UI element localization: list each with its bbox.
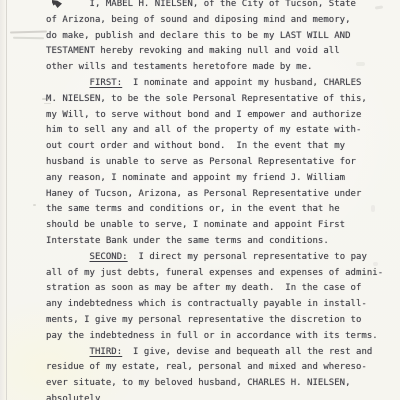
document-line: should be unable to serve, I nominate an…: [46, 218, 376, 234]
underlined-article-label: SECOND:: [90, 252, 128, 262]
document-line: husband is unable to serve as Personal R…: [46, 155, 376, 171]
document-line: all of my just debts, funeral expenses a…: [46, 266, 376, 282]
document-line: do make, publish and declare this to be …: [46, 29, 376, 45]
will-document-text: I, MABEL H. NIELSEN, of the City of Tucs…: [46, 0, 376, 400]
document-line: pay the indebtedness in full or in accor…: [46, 329, 376, 345]
document-line: of Arizona, being of sound and diposing …: [46, 13, 376, 29]
document-line: any reason, I nominate and appoint my fr…: [46, 171, 376, 187]
document-line: him to sell any and all of the property …: [46, 123, 376, 139]
document-line: M. NIELSEN, to be the sole Personal Repr…: [46, 92, 376, 108]
document-line: Interstate Bank under the same terms and…: [46, 234, 376, 250]
document-line: ments, I give my personal representative…: [46, 313, 376, 329]
scan-smudge: [375, 5, 383, 9]
pencil-dot: [33, 204, 36, 206]
document-line: residue of my estate, real, personal and…: [46, 360, 376, 376]
document-line: the same terms and conditions or, in the…: [46, 202, 376, 218]
document-line: other wills and testaments heretofore ma…: [46, 60, 376, 76]
underlined-article-label: FIRST:: [90, 78, 123, 88]
document-line: absolutely: [46, 392, 376, 400]
document-line: FIRST: I nominate and appoint my husband…: [46, 76, 376, 92]
document-line: SECOND: I direct my personal representat…: [46, 250, 376, 266]
document-line: out court order and without bond. In the…: [46, 139, 376, 155]
pencil-squiggle: [13, 37, 44, 39]
underlined-article-label: THIRD:: [90, 347, 123, 357]
document-line: any indebtedness which is contractually …: [46, 297, 376, 313]
document-line: THIRD: I give, devise and bequeath all t…: [46, 345, 376, 361]
document-line: Haney of Tucson, Arizona, as Personal Re…: [46, 187, 376, 203]
document-line: TESTAMENT hereby revoking and making nul…: [46, 44, 376, 60]
paper-left-edge: [0, 0, 7, 400]
document-line: I, MABEL H. NIELSEN, of the City of Tucs…: [46, 0, 376, 13]
pencil-squiggle: [10, 31, 47, 34]
document-line: stration as soon as may be after my deat…: [46, 281, 376, 297]
document-line: my Will, to serve without bond and I emp…: [46, 108, 376, 124]
document-line: ever situate, to my beloved husband, CHA…: [46, 376, 376, 392]
